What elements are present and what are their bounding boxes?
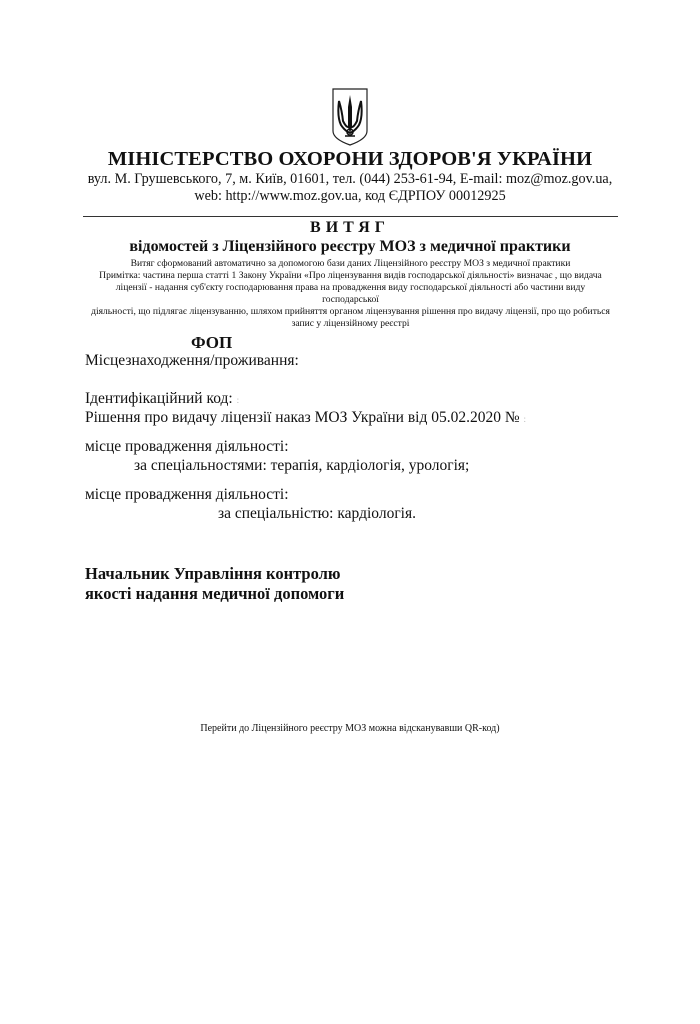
coat-of-arms-icon bbox=[331, 87, 369, 147]
note-line: Витяг сформований автоматично за допомог… bbox=[88, 258, 613, 270]
id-code-label: Ідентифікаційний код: : bbox=[85, 390, 239, 408]
activity-specialties: за спеціальностями: терапія, кардіологія… bbox=[134, 457, 469, 475]
id-code-text: Ідентифікаційний код: bbox=[85, 390, 233, 407]
redacted-value: : bbox=[237, 395, 240, 405]
signer-line: Начальник Управління контролю bbox=[85, 564, 344, 584]
entity-type: ФОП bbox=[191, 333, 232, 353]
note-block: Витяг сформований автоматично за допомог… bbox=[88, 258, 613, 330]
activity-place-label: місце провадження діяльності: bbox=[85, 438, 289, 456]
activity-specialties: за спеціальністю: кардіологія. bbox=[218, 505, 416, 523]
note-line: ліцензії - надання суб'єкту господарюван… bbox=[88, 282, 613, 306]
license-decision-text: Рішення про видачу ліцензії наказ МОЗ Ук… bbox=[85, 409, 520, 426]
location-label: Місцезнаходження/проживання: bbox=[85, 352, 299, 370]
document-subtitle: відомостей з Ліцензійного реєстру МОЗ з … bbox=[0, 238, 700, 256]
note-line: запис у ліцензійному реєстрі bbox=[88, 318, 613, 330]
header-divider bbox=[83, 216, 618, 217]
document-title: ВИТЯГ bbox=[0, 219, 700, 237]
redacted-value: : bbox=[524, 414, 527, 424]
note-line: Примітка: частина перша статті 1 Закону … bbox=[88, 270, 613, 282]
note-line: діяльності, що підлягає ліцензуванню, шл… bbox=[88, 306, 613, 318]
activity-place-label: місце провадження діяльності: bbox=[85, 486, 289, 504]
signer-title: Начальник Управління контролю якості над… bbox=[85, 564, 344, 604]
ministry-address: вул. М. Грушевського, 7, м. Київ, 01601,… bbox=[0, 171, 700, 188]
ministry-web-and-code: web: http://www.moz.gov.ua, код ЄДРПОУ 0… bbox=[0, 188, 700, 205]
ministry-title: МІНІСТЕРСТВО ОХОРОНИ ЗДОРОВ'Я УКРАЇНИ bbox=[0, 148, 700, 171]
license-decision: Рішення про видачу ліцензії наказ МОЗ Ук… bbox=[85, 409, 526, 427]
qr-note: Перейти до Ліцензійного реєстру МОЗ можн… bbox=[0, 723, 700, 734]
signer-line: якості надання медичної допомоги bbox=[85, 584, 344, 604]
